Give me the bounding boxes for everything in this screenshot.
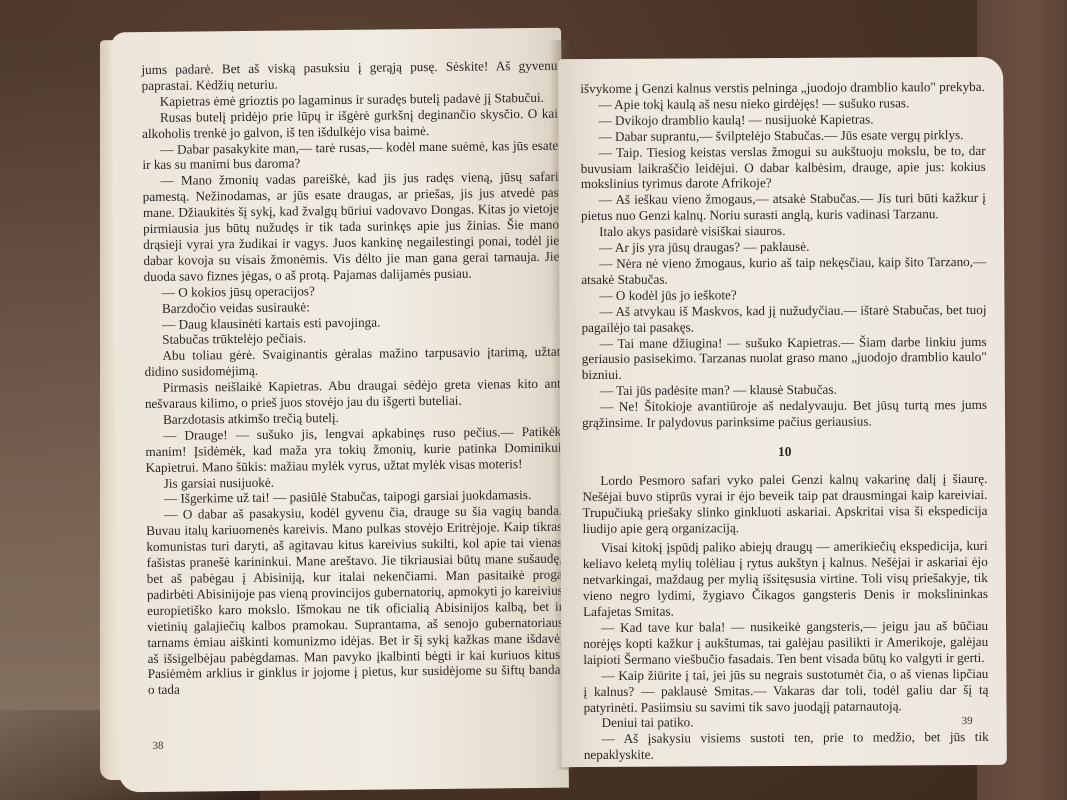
chapter-heading: 10 xyxy=(582,443,987,461)
page-number: 38 xyxy=(152,740,163,752)
right-page-text: išvykome į Genzi kalnus verstis pelninga… xyxy=(580,79,989,763)
paragraph: Pirmasis neišlaikė Kapietras. Abu drauga… xyxy=(145,376,561,412)
paragraph: išvykome į Genzi kalnus verstis pelninga… xyxy=(580,79,985,97)
paragraph: — Ne! Šitokioje avantiūroje aš nedalyvau… xyxy=(582,397,987,431)
paragraph: — Dabar pasakykite man,— tarė rusas,— ko… xyxy=(142,137,558,173)
open-book: jums padarė. Bet aš viską pasuksiu į ger… xyxy=(0,0,1067,800)
paragraph: jums padarė. Bet aš viską pasuksiu į ger… xyxy=(141,58,557,94)
paragraph: — Mano žmonių vadas pareiškė, kad jis ju… xyxy=(143,169,560,285)
paragraph: — Taip. Tiesiog keistas verslas žmogui s… xyxy=(581,143,986,193)
paragraph: — Kaip žiūrite į tai, jei jūs su negrais… xyxy=(583,666,988,716)
paragraph: — Kad tave kur bala! — nusikeikė gangste… xyxy=(583,618,988,668)
paragraph: Rusas butelį pridėjo prie lūpų ir išgėrė… xyxy=(142,105,558,141)
paragraph: — O dabar aš pasakysiu, kodėl gyvenu čia… xyxy=(146,503,564,698)
paragraph: — Aš įsakysiu visiems sustoti ten, prie … xyxy=(584,729,989,763)
paragraph: Visai kitokį įspūdį paliko abiejų draugų… xyxy=(583,538,988,620)
paragraph: — Dabar suprantu,— švilptelėjo Stabučas.… xyxy=(581,127,986,145)
left-page: jums padarė. Bet aš viską pasuksiu į ger… xyxy=(111,28,569,793)
paragraph: — Drauge! — sušuko jis, lengvai apkabinę… xyxy=(145,424,561,476)
paragraph: — Nėra nė vieno žmogaus, kurio aš taip n… xyxy=(581,254,986,288)
left-page-text: jums padarė. Bet aš viską pasuksiu į ger… xyxy=(141,58,564,699)
paragraph: — Aš ieškau vieno žmogaus,— atsakė Stabu… xyxy=(581,190,986,224)
right-page: išvykome į Genzi kalnus verstis pelninga… xyxy=(558,57,1007,767)
page-number: 39 xyxy=(962,715,973,727)
paragraph: — Aš atvykau iš Maskvos, kad jį nužudyči… xyxy=(581,302,986,336)
paragraph: Lordo Pesmoro safari vyko palei Genzi ka… xyxy=(582,471,987,537)
paragraph: — Tai mane džiugina! — sušuko Kapietras.… xyxy=(582,333,987,383)
paragraph: Abu toliau gėrė. Svaiginantis gėralas ma… xyxy=(144,344,560,380)
